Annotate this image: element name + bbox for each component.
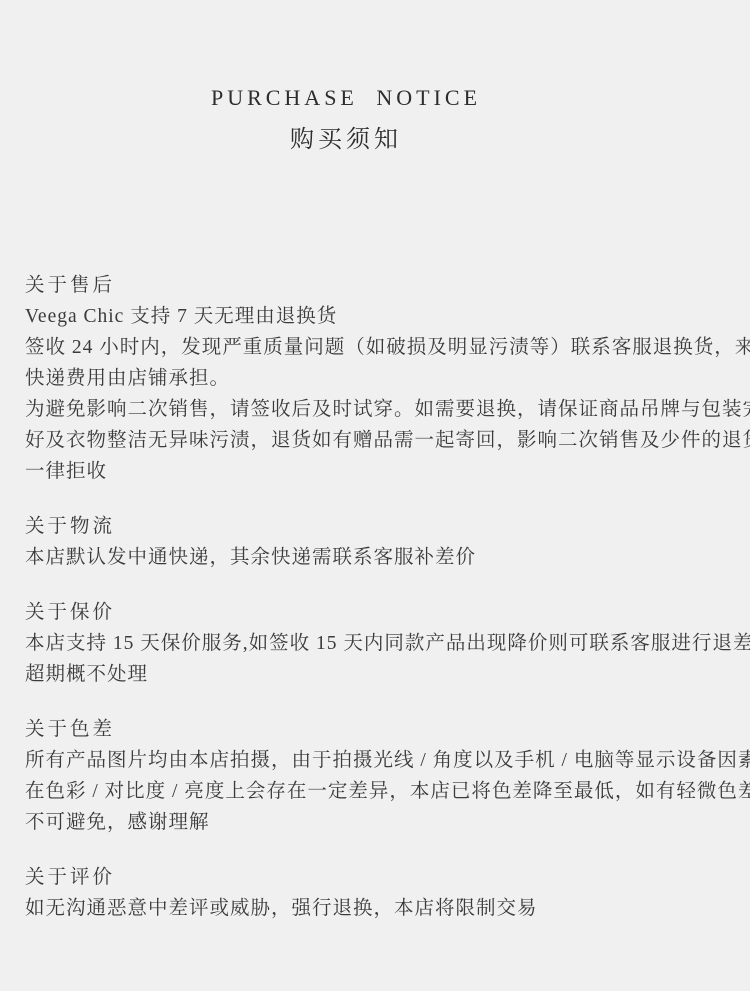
notice-line: 超期概不处理 xyxy=(25,659,730,690)
notice-line: Veega Chic 支持 7 天无理由退换货 xyxy=(25,301,730,332)
notice-content: 关于售后 Veega Chic 支持 7 天无理由退换货 签收 24 小时内，发… xyxy=(0,270,750,924)
notice-line: 不可避免，感谢理解 xyxy=(25,807,730,838)
section-title: 关于保价 xyxy=(25,597,730,628)
section-logistics: 关于物流 本店默认发中通快递，其余快递需联系客服补差价 xyxy=(25,511,730,573)
notice-line: 本店默认发中通快递，其余快递需联系客服补差价 xyxy=(25,542,730,573)
page-title-chinese: 购买须知 xyxy=(0,124,692,156)
section-color-difference: 关于色差 所有产品图片均由本店拍摄，由于拍摄光线 / 角度以及手机 / 电脑等显… xyxy=(25,714,730,838)
purchase-notice-page: PURCHASE NOTICE 购买须知 关于售后 Veega Chic 支持 … xyxy=(0,0,750,991)
notice-line: 为避免影响二次销售，请签收后及时试穿。如需要退换，请保证商品吊牌与包装完 xyxy=(25,394,730,425)
notice-line: 如无沟通恶意中差评或威胁，强行退换，本店将限制交易 xyxy=(25,893,730,924)
notice-line: 好及衣物整洁无异味污渍，退货如有赠品需一起寄回，影响二次销售及少件的退货 xyxy=(25,425,730,456)
section-title: 关于评价 xyxy=(25,862,730,893)
section-title: 关于售后 xyxy=(25,270,730,301)
page-title-english: PURCHASE NOTICE xyxy=(0,86,692,110)
notice-line: 签收 24 小时内，发现严重质量问题（如破损及明显污渍等）联系客服退换货，来回 xyxy=(25,332,730,363)
notice-line: 快递费用由店铺承担。 xyxy=(25,363,730,394)
section-price-protection: 关于保价 本店支持 15 天保价服务,如签收 15 天内同款产品出现降价则可联系… xyxy=(25,597,730,690)
section-reviews: 关于评价 如无沟通恶意中差评或威胁，强行退换，本店将限制交易 xyxy=(25,862,730,924)
notice-line: 一律拒收 xyxy=(25,456,730,487)
title-block: PURCHASE NOTICE 购买须知 xyxy=(0,0,692,156)
notice-line: 所有产品图片均由本店拍摄，由于拍摄光线 / 角度以及手机 / 电脑等显示设备因素… xyxy=(25,745,730,776)
notice-line: 在色彩 / 对比度 / 亮度上会存在一定差异，本店已将色差降至最低，如有轻微色差 xyxy=(25,776,730,807)
section-title: 关于色差 xyxy=(25,714,730,745)
section-title: 关于物流 xyxy=(25,511,730,542)
section-after-sales: 关于售后 Veega Chic 支持 7 天无理由退换货 签收 24 小时内，发… xyxy=(25,270,730,487)
notice-line: 本店支持 15 天保价服务,如签收 15 天内同款产品出现降价则可联系客服进行退… xyxy=(25,628,730,659)
